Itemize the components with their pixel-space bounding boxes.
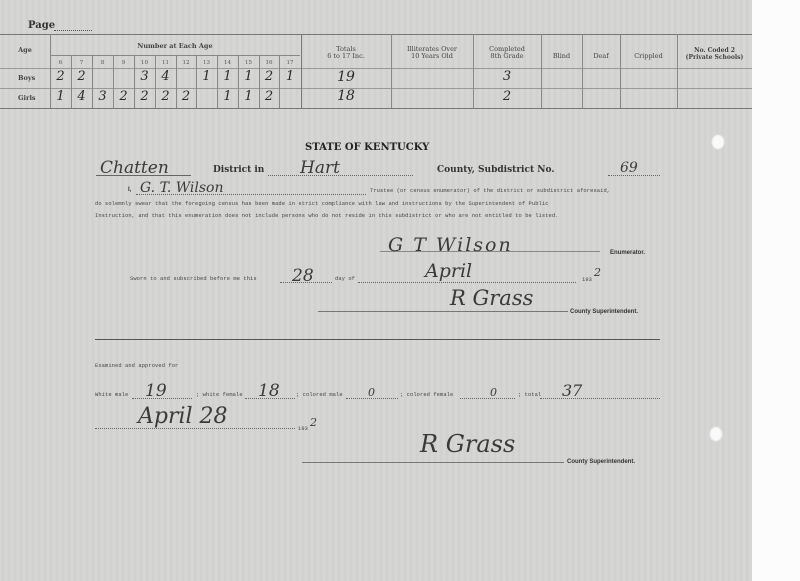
document-title: STATE OF KENTUCKY (305, 142, 429, 153)
age-17-header: 17 (279, 60, 301, 66)
girls-row-label: Girls (18, 94, 36, 102)
total-label: ; total (518, 392, 541, 398)
sworn-day: 28 (292, 266, 314, 286)
day-of-label: day of (335, 276, 355, 282)
girls-age-7: 4 (71, 89, 92, 104)
girls-age-8: 3 (92, 89, 113, 104)
oath-line-3: Instruction, and that this enumeration d… (95, 213, 559, 219)
white-female-label: ; white female (196, 392, 243, 398)
age-6-header: 6 (50, 60, 71, 66)
boys-age-6: 2 (50, 69, 71, 84)
approval-year-suffix: 2 (310, 416, 317, 429)
boys-age-10: 3 (134, 69, 155, 84)
boys-age-17: 1 (279, 69, 301, 84)
county-name: Hart (300, 158, 340, 178)
boys-age-15: 1 (238, 69, 259, 84)
girls-total: 18 (301, 88, 391, 104)
total-count: 37 (562, 381, 582, 400)
page-label: Page (28, 20, 55, 31)
number-at-each-age-header: Number at Each Age (50, 43, 300, 50)
examined-label: Examined and approved for (95, 363, 178, 369)
census-document: Page Age Number at Each Age 6 7 8 (0, 0, 752, 581)
boys-row-label: Boys (18, 74, 35, 82)
enumerator-label: Enumerator. (610, 250, 645, 256)
age-15-header: 15 (238, 60, 259, 66)
county-subdistrict-label: County, Subdistrict No. (437, 165, 554, 175)
age-14-header: 14 (217, 60, 238, 66)
girls-age-15: 1 (238, 89, 259, 104)
district-in-label: District in (213, 165, 264, 175)
trustee-text: Trustee (or census enumerator) of the di… (370, 188, 610, 194)
white-male-count: 19 (145, 381, 167, 401)
census-table: Age Number at Each Age 6 7 8 9 10 11 12 … (0, 34, 752, 109)
girls-age-9: 2 (113, 89, 134, 104)
section-divider (95, 339, 660, 340)
blind-header: Blind (541, 53, 582, 60)
age-8-header: 8 (92, 60, 113, 66)
colored-female-label: ; colored female (400, 392, 453, 398)
age-12-header: 12 (176, 60, 196, 66)
age-13-header: 13 (196, 60, 217, 66)
subdistrict-number: 69 (620, 160, 638, 176)
oath-line-2: do solemnly swear that the foregoing cen… (95, 201, 549, 207)
girls-age-6: 1 (50, 89, 71, 104)
approval-superintendent-label: County Superintendent. (567, 459, 635, 465)
girls-age-16: 2 (259, 89, 279, 104)
superintendent-signature: R Grass (450, 286, 533, 310)
year-suffix: 2 (594, 266, 601, 279)
sworn-month: April (425, 260, 472, 282)
binder-hole-bottom (709, 426, 723, 442)
crippled-header: Crippled (620, 53, 677, 60)
enumerator-signature: G T Wilson (388, 234, 513, 256)
coded-header: No. Coded 2 (Private Schools) (677, 47, 752, 61)
age-16-header: 16 (259, 60, 279, 66)
girls-age-12: 2 (176, 89, 196, 104)
district-name: Chatten (100, 158, 169, 178)
age-9-header: 9 (113, 60, 134, 66)
age-header: Age (0, 47, 50, 54)
girls-age-10: 2 (134, 89, 155, 104)
boys-total: 19 (301, 69, 391, 85)
white-female-count: 18 (258, 381, 280, 401)
age-11-header: 11 (155, 60, 176, 66)
trustee-name: G. T. Wilson (140, 180, 224, 196)
girls-completed-8th: 2 (473, 89, 541, 104)
girls-age-14: 1 (217, 89, 238, 104)
boys-age-14: 1 (217, 69, 238, 84)
girls-age-11: 2 (155, 89, 176, 104)
deaf-header: Deaf (582, 53, 620, 60)
sworn-label: Sworn to and subscribed before me this (130, 276, 257, 282)
approval-year-prefix: 193 (298, 426, 308, 432)
i-label: I, (128, 187, 131, 193)
colored-female-count: 0 (490, 386, 497, 399)
illiterates-header: Illiterates Over 10 Years Old (391, 46, 473, 60)
approval-date: April 28 (138, 404, 228, 429)
binder-hole-top (711, 134, 725, 150)
boys-age-16: 2 (259, 69, 279, 84)
superintendent-label: County Superintendent. (570, 309, 638, 315)
boys-age-7: 2 (71, 69, 92, 84)
boys-completed-8th: 3 (473, 69, 541, 84)
colored-male-label: ; colored male (296, 392, 343, 398)
background-margin (752, 0, 800, 581)
boys-age-11: 4 (155, 69, 176, 84)
totals-header: Totals 6 to 17 Inc. (301, 46, 391, 60)
boys-age-13: 1 (196, 69, 217, 84)
age-10-header: 10 (134, 60, 155, 66)
page-number-field (54, 22, 92, 31)
white-male-label: White male (95, 392, 128, 398)
year-prefix: 193 (582, 277, 592, 283)
completed-8th-header: Completed 8th Grade (473, 46, 541, 60)
colored-male-count: 0 (368, 386, 375, 399)
approval-superintendent-signature: R Grass (420, 430, 515, 458)
age-7-header: 7 (71, 60, 92, 66)
